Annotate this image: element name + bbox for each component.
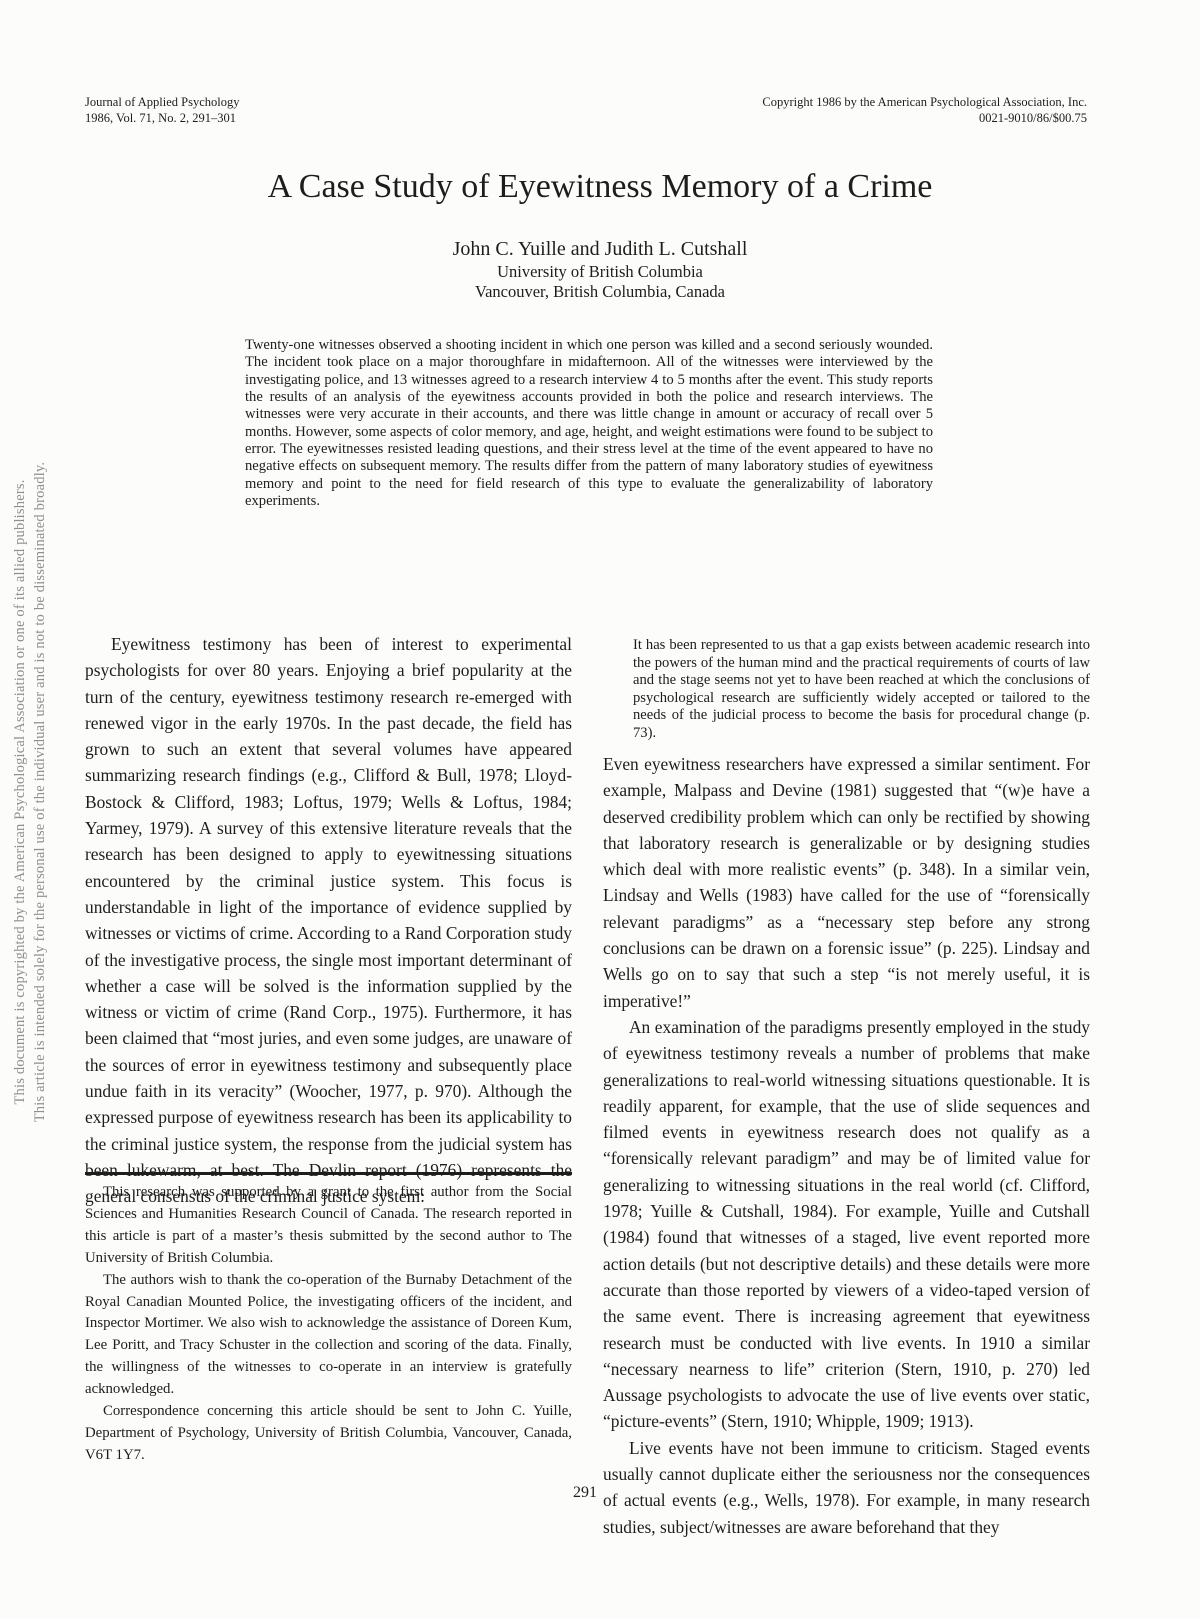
- journal-volume-line: 1986, Vol. 71, No. 2, 291–301: [85, 111, 240, 127]
- acknowledgements-note: The authors wish to thank the co-operati…: [85, 1270, 572, 1401]
- copyright-info: Copyright 1986 by the American Psycholog…: [762, 95, 1087, 126]
- right-column: It has been represented to us that a gap…: [603, 631, 1090, 1540]
- body-paragraph-researcher-sentiment: Even eyewitness researchers have express…: [603, 751, 1090, 1014]
- affiliation-location: Vancouver, British Columbia, Canada: [0, 282, 1200, 302]
- left-column: Eyewitness testimony has been of interes…: [85, 631, 572, 1210]
- affiliation-university: University of British Columbia: [0, 262, 1200, 282]
- issn-price-line: 0021-9010/86/$00.75: [762, 111, 1087, 127]
- authors-line: John C. Yuille and Judith L. Cutshall: [0, 236, 1200, 262]
- copyright-line: Copyright 1986 by the American Psycholog…: [762, 95, 1087, 111]
- intro-paragraph: Eyewitness testimony has been of interes…: [85, 631, 572, 1210]
- devlin-report-quote: It has been represented to us that a gap…: [633, 637, 1090, 742]
- journal-info: Journal of Applied Psychology 1986, Vol.…: [85, 95, 240, 126]
- paper-title: A Case Study of Eyewitness Memory of a C…: [0, 168, 1200, 206]
- correspondence-note: Correspondence concerning this article s…: [85, 1401, 572, 1467]
- body-paragraph-paradigm-problems: An examination of the paradigms presentl…: [603, 1014, 1090, 1435]
- sidebar-line-1: This document is copyrighted by the Amer…: [10, 462, 30, 1123]
- journal-name: Journal of Applied Psychology: [85, 95, 240, 111]
- page-number: 291: [0, 1484, 1170, 1502]
- copyright-sidebar-notice: This document is copyrighted by the Amer…: [10, 462, 50, 1123]
- author-note: This research was supported by a grant t…: [85, 1182, 572, 1467]
- byline-block: John C. Yuille and Judith L. Cutshall Un…: [0, 236, 1200, 302]
- paper-page: This document is copyrighted by the Amer…: [0, 0, 1200, 1619]
- sidebar-line-2: This article is intended solely for the …: [30, 462, 50, 1123]
- footnote-divider: [85, 1172, 572, 1175]
- abstract: Twenty-one witnesses observed a shooting…: [245, 337, 933, 510]
- funding-note: This research was supported by a grant t…: [85, 1182, 572, 1270]
- journal-header: Journal of Applied Psychology 1986, Vol.…: [85, 95, 1087, 126]
